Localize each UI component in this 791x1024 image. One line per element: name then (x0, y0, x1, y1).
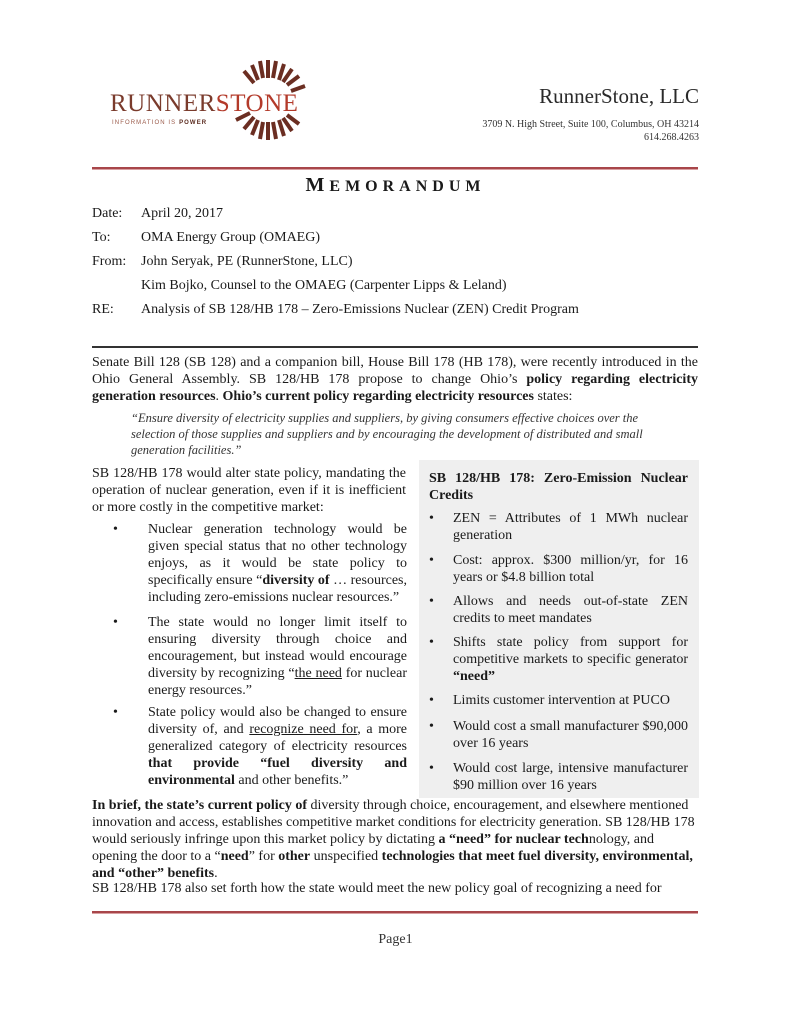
header-divider (92, 167, 698, 170)
bullet-icon: • (429, 593, 434, 610)
memo-field-label: RE: (92, 302, 141, 318)
list-item: •Would cost large, intensive manufacture… (429, 760, 688, 794)
policy-quote: “Ensure diversity of electricity supplie… (131, 410, 661, 458)
zen-credits-sidebar: SB 128/HB 178: Zero-Emission Nuclear Cre… (419, 460, 699, 798)
memo-field-label: From: (92, 254, 141, 270)
logo-wordmark: RUNNERSTONE (110, 90, 298, 118)
company-address: 3709 N. High Street, Suite 100, Columbus… (482, 118, 699, 131)
list-item: • The state would no longer limit itself… (113, 614, 407, 699)
memo-title: MEMORANDUM (0, 174, 791, 197)
memo-subject: Analysis of SB 128/HB 178 – Zero-Emissio… (141, 302, 579, 317)
list-item: • Nuclear generation technology would be… (113, 521, 407, 606)
continuation-paragraph: SB 128/HB 178 also set forth how the sta… (92, 880, 698, 897)
memo-header-divider (92, 346, 698, 348)
bullet-icon: • (113, 521, 118, 538)
bullet-icon: • (429, 718, 434, 735)
company-phone: 614.268.4263 (482, 131, 699, 144)
memo-sender: John Seryak, PE (RunnerStone, LLC) (141, 254, 353, 269)
list-item: •Allows and needs out-of-state ZEN credi… (429, 593, 688, 627)
memo-field-label: Date: (92, 206, 141, 222)
bullet-icon: • (429, 692, 434, 709)
list-item: • State policy would also be changed to … (113, 704, 407, 789)
memo-date-row: Date:April 20, 2017 (92, 206, 223, 222)
memo-to-row: To:OMA Energy Group (OMAEG) (92, 230, 320, 246)
left-column-intro: SB 128/HB 178 would alter state policy, … (92, 465, 406, 516)
list-item: •Cost: approx. $300 million/yr, for 16 y… (429, 552, 688, 586)
memo-date: April 20, 2017 (141, 206, 223, 221)
bullet-icon: • (429, 510, 434, 527)
runnerstone-logo: RUNNERSTONE INFORMATION IS POWER (110, 62, 310, 142)
summary-paragraph: In brief, the state’s current policy of … (92, 797, 698, 882)
bullet-icon: • (429, 634, 434, 651)
company-address-block: 3709 N. High Street, Suite 100, Columbus… (482, 118, 699, 144)
memo-from-row-2: Kim Bojko, Counsel to the OMAEG (Carpent… (92, 278, 507, 294)
bullet-icon: • (429, 552, 434, 569)
list-item: •Would cost a small manufacturer $90,000… (429, 718, 688, 752)
bullet-icon: • (113, 704, 118, 721)
list-item: •ZEN = Attributes of 1 MWh nuclear gener… (429, 510, 688, 544)
memo-from-row: From:John Seryak, PE (RunnerStone, LLC) (92, 254, 353, 270)
memo-re-row: RE:Analysis of SB 128/HB 178 – Zero-Emis… (92, 302, 579, 318)
memo-field-label: To: (92, 230, 141, 246)
bullet-icon: • (113, 614, 118, 631)
logo-tagline: INFORMATION IS POWER (112, 120, 207, 126)
intro-paragraph: Senate Bill 128 (SB 128) and a companion… (92, 354, 698, 405)
company-name: RunnerStone, LLC (539, 84, 699, 109)
footer-divider (92, 911, 698, 914)
sidebar-title: SB 128/HB 178: Zero-Emission Nuclear Cre… (429, 470, 688, 504)
bullet-icon: • (429, 760, 434, 777)
memo-recipient: OMA Energy Group (OMAEG) (141, 230, 320, 245)
page-number: Page1 (0, 932, 791, 948)
memo-sender-2: Kim Bojko, Counsel to the OMAEG (Carpent… (141, 278, 507, 293)
list-item: •Shifts state policy from support for co… (429, 634, 688, 685)
list-item: •Limits customer intervention at PUCO (429, 692, 688, 709)
